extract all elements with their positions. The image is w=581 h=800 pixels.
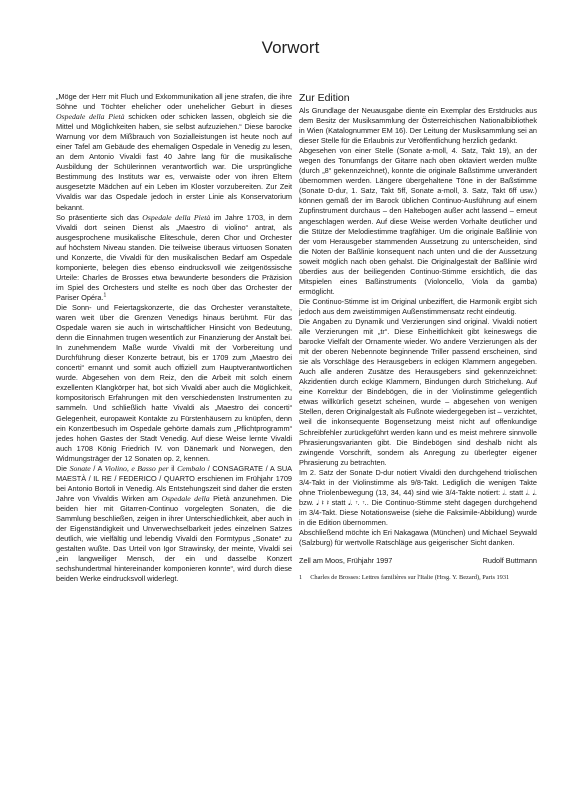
text: Im 2. Satz der Sonate D-dur notiert Viva… — [299, 468, 537, 497]
paragraph: So präsentierte sich das Ospedale della … — [56, 213, 292, 303]
text: Die — [56, 464, 70, 473]
text: bzw. — [299, 498, 316, 507]
text: statt — [329, 498, 348, 507]
italic-text: Sonate — [70, 464, 91, 473]
paragraph: Im 2. Satz der Sonate D-dur notiert Viva… — [299, 468, 537, 528]
paragraph: „Möge der Herr mit Fluch und Exkommunika… — [56, 92, 292, 213]
italic-text: Cembalo — [177, 464, 205, 473]
italic-text: Ospedale della Pietà — [142, 213, 210, 222]
text: schicken oder schicken lassen, obgleich … — [56, 112, 292, 211]
paragraph: Die Sonn- und Feiertagskonzerte, die das… — [56, 303, 292, 464]
place-date: Zell am Moos, Frühjahr 1997 — [299, 556, 392, 566]
paragraph: Abschließend möchte ich Eri Nakagawa (Mü… — [299, 528, 537, 548]
text: statt — [507, 488, 526, 497]
text: / A — [91, 464, 105, 473]
footnote: 1 Charles de Brosses: Lettres familières… — [299, 574, 537, 583]
text: il — [169, 464, 177, 473]
music-note-icon: 𝅘𝅥 𝄽 𝄽 — [316, 499, 328, 507]
paragraph: Die Sonate / A Violino, e Basso per il C… — [56, 464, 292, 585]
text: „Möge der Herr mit Fluch und Exkommunika… — [56, 92, 292, 111]
paragraph: Die Angaben zu Dynamik und Verzierungen … — [299, 317, 537, 468]
footnote-text: Charles de Brosses: Lettres familières s… — [310, 574, 509, 583]
music-note-icon: 𝅗𝅥. 𝅘𝅥. — [526, 489, 537, 497]
paragraph: Als Grundlage der Neuausgabe diente ein … — [299, 106, 537, 146]
footnote-number: 1 — [299, 574, 302, 583]
section-title: Zur Edition — [299, 92, 537, 105]
author-name: Rudolf Buttmann — [483, 556, 537, 566]
right-column: Zur Edition Als Grundlage der Neuausgabe… — [299, 92, 537, 583]
text: im Jahre 1703, in dem Vivaldi dort seine… — [56, 213, 292, 302]
paragraph: Abgesehen von einer Stelle (Sonate a-mol… — [299, 146, 537, 297]
page-title: Vorwort — [0, 38, 581, 58]
footnote-ref: 1 — [103, 293, 106, 299]
italic-text: Ospedale della Pietà — [56, 112, 125, 121]
paragraph: Die Continuo-Stimme ist im Original unbe… — [299, 297, 537, 317]
italic-text: Ospedale della — [161, 494, 209, 503]
left-column: „Möge der Herr mit Fluch und Exkommunika… — [56, 92, 292, 584]
text: So präsentierte sich das — [56, 213, 142, 222]
italic-text: Violino, e Basso per — [105, 464, 169, 473]
signature-line: Zell am Moos, Frühjahr 1997 Rudolf Buttm… — [299, 556, 537, 566]
text: Pietà anzunehmen. Die beiden hier mit Gi… — [56, 494, 292, 583]
music-note-icon: 𝅘𝅥. 𝄾. 𝄾. — [348, 499, 366, 507]
